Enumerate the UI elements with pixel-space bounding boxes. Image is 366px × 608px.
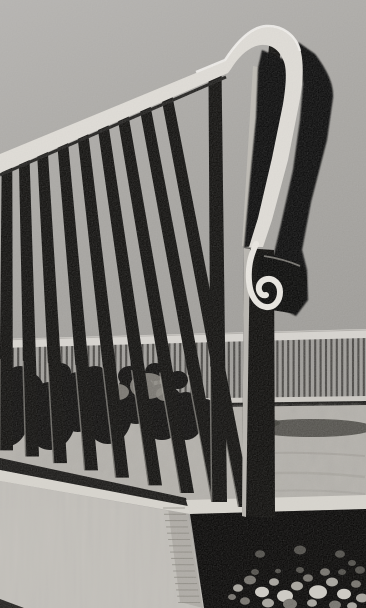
film-grain-overlay — [0, 0, 366, 608]
railing-photograph — [0, 0, 366, 608]
railing-photo-svg — [0, 0, 366, 608]
